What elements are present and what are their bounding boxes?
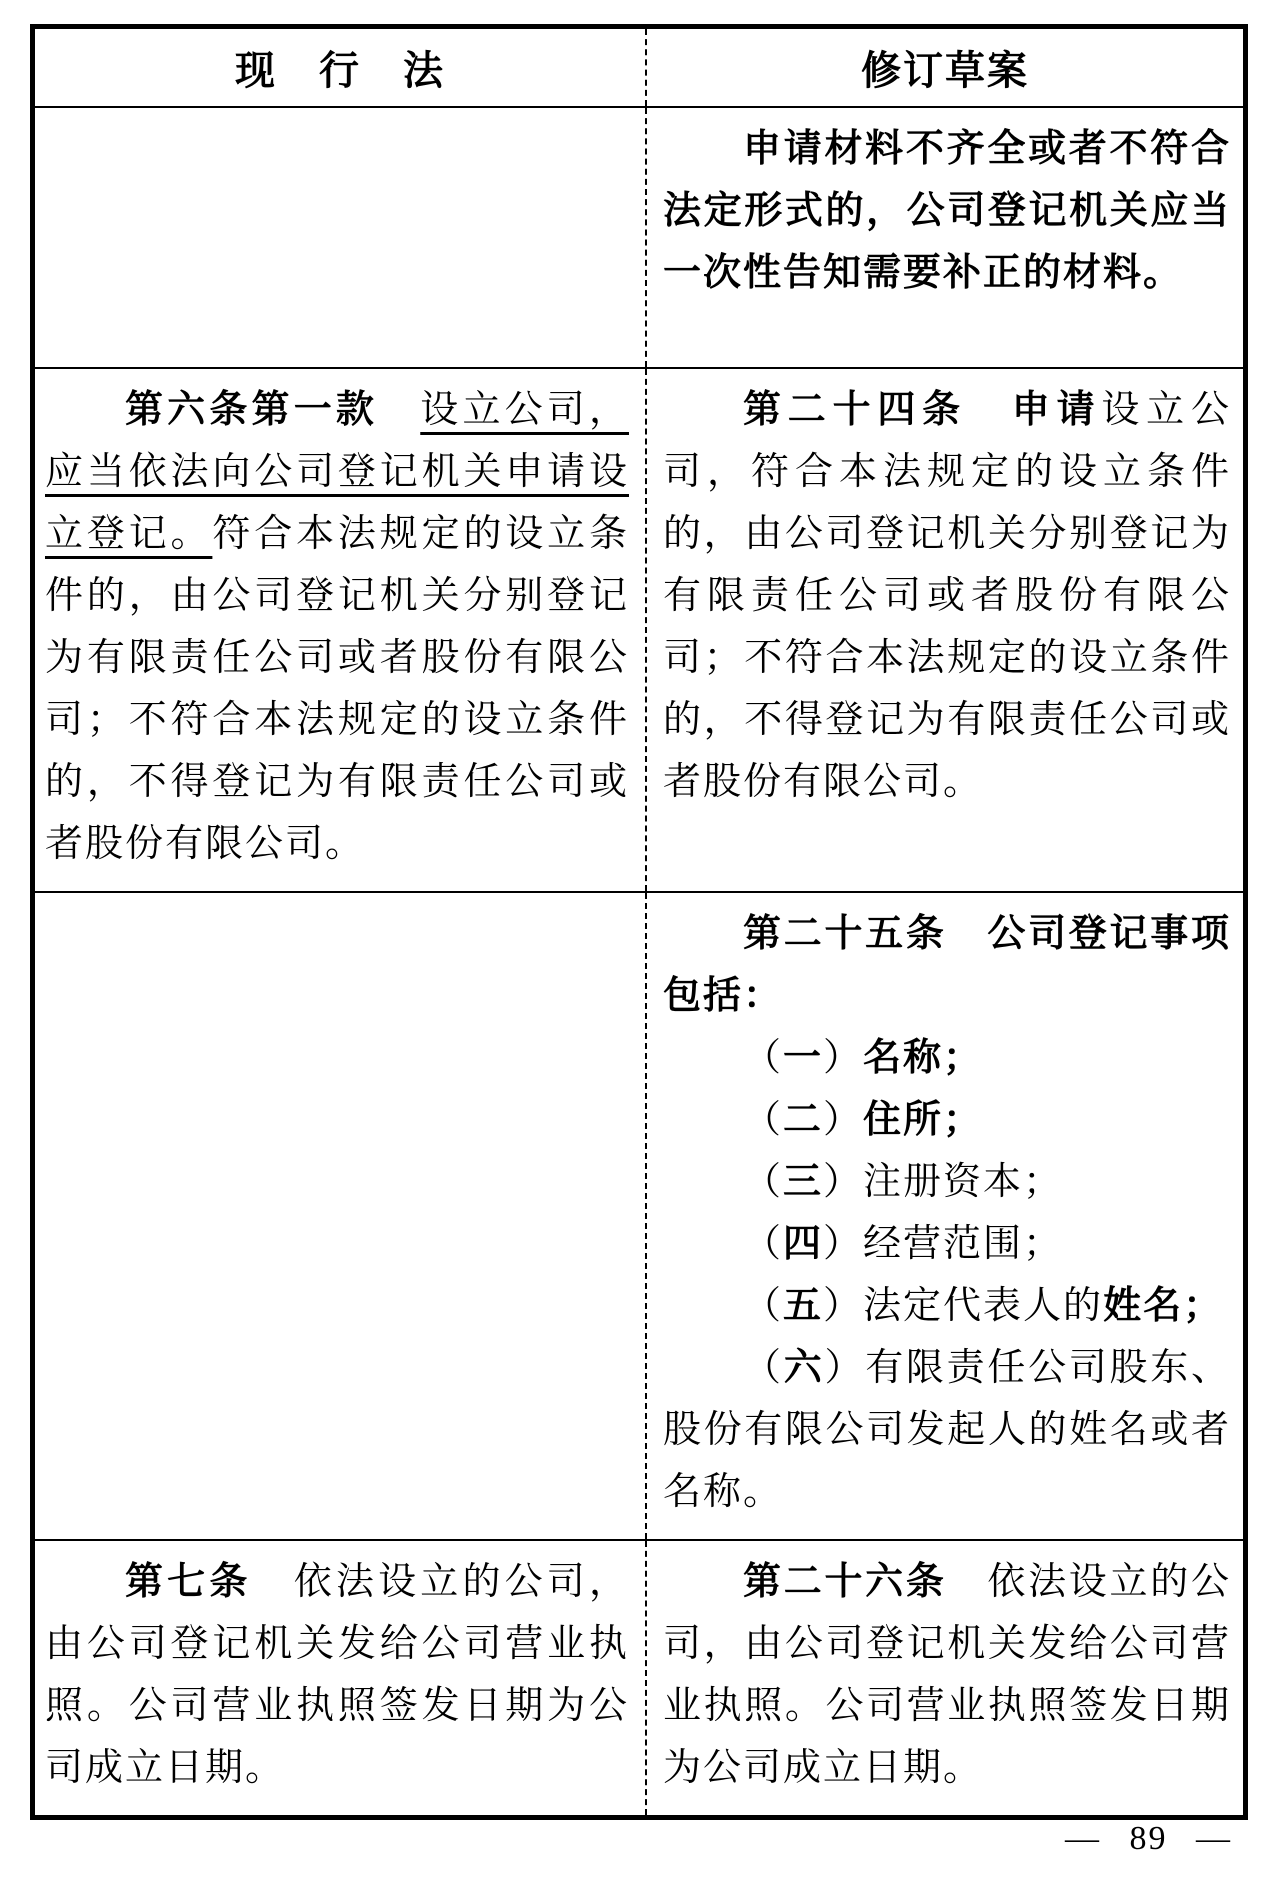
text-run: ） <box>823 1223 863 1265</box>
document-page: 现 行 法 修订草案 申请材料不齐全或者不符合法定形式的，公司登记机关应当一次性… <box>0 0 1278 1889</box>
page-footer: — 89 — <box>1065 1820 1232 1858</box>
text-run: （ <box>743 1161 783 1203</box>
text-run: 注册资本； <box>863 1161 1063 1203</box>
header-label-draft: 修订草案 <box>861 39 1029 96</box>
table-row-2: 第六条第一款 设立公司，应当依法向公司登记机关申请设立登记。符合本法规定的设立条… <box>35 367 1243 891</box>
text-run: 一 <box>783 1037 823 1079</box>
draft-cell-row-3: 第二十五条 公司登记事项包括：（一）名称；（二）住所；（三）注册资本；（四）经营… <box>647 893 1243 1539</box>
text-run: 符合本法规定的设立条件的，由公司登记机关分别登记为有限责任公司或者股份有限公司；… <box>45 513 629 865</box>
paragraph: 第六条第一款 设立公司，应当依法向公司登记机关申请设立登记。符合本法规定的设立条… <box>45 379 629 875</box>
table-row-4: 第七条 依法设立的公司，由公司登记机关发给公司营业执照。公司营业执照签发日期为公… <box>35 1539 1243 1815</box>
text-run: （ <box>743 1347 784 1389</box>
page-number: — 89 — <box>1065 1820 1232 1857</box>
table-header-row: 现 行 法 修订草案 <box>35 29 1243 106</box>
table-row-1: 申请材料不齐全或者不符合法定形式的，公司登记机关应当一次性告知需要补正的材料。 <box>35 106 1243 367</box>
paragraph: 申请材料不齐全或者不符合法定形式的，公司登记机关应当一次性告知需要补正的材料。 <box>663 118 1231 304</box>
text-run: 三 <box>783 1161 823 1203</box>
text-run: （ <box>743 1099 783 1141</box>
header-label-current-law: 现 行 法 <box>235 39 445 96</box>
text-run: 五 <box>783 1285 823 1327</box>
paragraph: （三）注册资本； <box>663 1151 1231 1213</box>
draft-cell-row-1: 申请材料不齐全或者不符合法定形式的，公司登记机关应当一次性告知需要补正的材料。 <box>647 108 1243 367</box>
text-run: ） <box>823 1285 863 1327</box>
text-run: 姓名； <box>1103 1285 1223 1327</box>
text-run: 申请材料不齐全或者不符合法定形式的，公司登记机关应当一次性告知需要补正的材料。 <box>663 128 1231 294</box>
paragraph: （四）经营范围； <box>663 1213 1231 1275</box>
text-run: 二 <box>783 1099 823 1141</box>
current-law-cell-row-4: 第七条 依法设立的公司，由公司登记机关发给公司营业执照。公司营业执照签发日期为公… <box>35 1541 647 1815</box>
current-law-cell-row-2: 第六条第一款 设立公司，应当依法向公司登记机关申请设立登记。符合本法规定的设立条… <box>35 369 647 891</box>
text-run: （ <box>743 1285 783 1327</box>
text-run: 第二十五条 <box>743 913 947 955</box>
text-run: （ <box>743 1223 783 1265</box>
paragraph: 第二十五条 公司登记事项包括： <box>663 903 1231 1027</box>
paragraph: （五）法定代表人的姓名； <box>663 1275 1231 1337</box>
draft-cell-row-2: 第二十四条 申请设立公司，符合本法规定的设立条件的，由公司登记机关分别登记为有限… <box>647 369 1243 891</box>
current-law-cell-row-3 <box>35 893 647 1539</box>
draft-cell-row-4: 第二十六条 依法设立的公司，由公司登记机关发给公司营业执照。公司营业执照签发日期… <box>647 1541 1243 1815</box>
text-run: 设立公司，符合本法规定的设立条件的，由公司登记机关分别登记为有限责任公司或者股份… <box>663 389 1231 803</box>
text-run: 第七条 <box>125 1561 252 1603</box>
paragraph: （六）有限责任公司股东、股份有限公司发起人的姓名或者名称。 <box>663 1337 1231 1523</box>
header-cell-draft: 修订草案 <box>647 29 1243 106</box>
paragraph: （二）住所； <box>663 1089 1231 1151</box>
header-cell-current-law: 现 行 法 <box>35 29 647 106</box>
current-law-cell-row-1 <box>35 108 647 367</box>
text-run <box>378 389 420 431</box>
text-run: 住所； <box>863 1099 983 1141</box>
text-run: ） <box>823 1161 863 1203</box>
paragraph: 第二十四条 申请设立公司，符合本法规定的设立条件的，由公司登记机关分别登记为有限… <box>663 379 1231 813</box>
text-run: 法定代表人的 <box>863 1285 1103 1327</box>
paragraph: 第二十六条 依法设立的公司，由公司登记机关发给公司营业执照。公司营业执照签发日期… <box>663 1551 1231 1799</box>
text-run: （ <box>743 1037 783 1079</box>
paragraph: （一）名称； <box>663 1027 1231 1089</box>
text-run <box>947 1561 988 1603</box>
text-run: 名称； <box>863 1037 983 1079</box>
table-row-3: 第二十五条 公司登记事项包括：（一）名称；（二）住所；（三）注册资本；（四）经营… <box>35 891 1243 1539</box>
text-run: ） <box>823 1099 863 1141</box>
text-run: 四 <box>783 1223 823 1265</box>
text-run: ） <box>824 1347 865 1389</box>
paragraph: 第七条 依法设立的公司，由公司登记机关发给公司营业执照。公司营业执照签发日期为公… <box>45 1551 629 1799</box>
text-run <box>967 389 1012 431</box>
law-comparison-table: 现 行 法 修订草案 申请材料不齐全或者不符合法定形式的，公司登记机关应当一次性… <box>30 24 1248 1820</box>
text-run: 第二十六条 <box>743 1561 947 1603</box>
text-run: 申请 <box>1012 389 1102 431</box>
text-run: 第六条第一款 <box>125 389 378 431</box>
text-run: ） <box>823 1037 863 1079</box>
text-run: 第二十四条 <box>743 389 967 431</box>
text-run: 经营范围； <box>863 1223 1063 1265</box>
text-run <box>947 913 988 955</box>
text-run <box>252 1561 294 1603</box>
text-run: 六 <box>784 1347 825 1389</box>
